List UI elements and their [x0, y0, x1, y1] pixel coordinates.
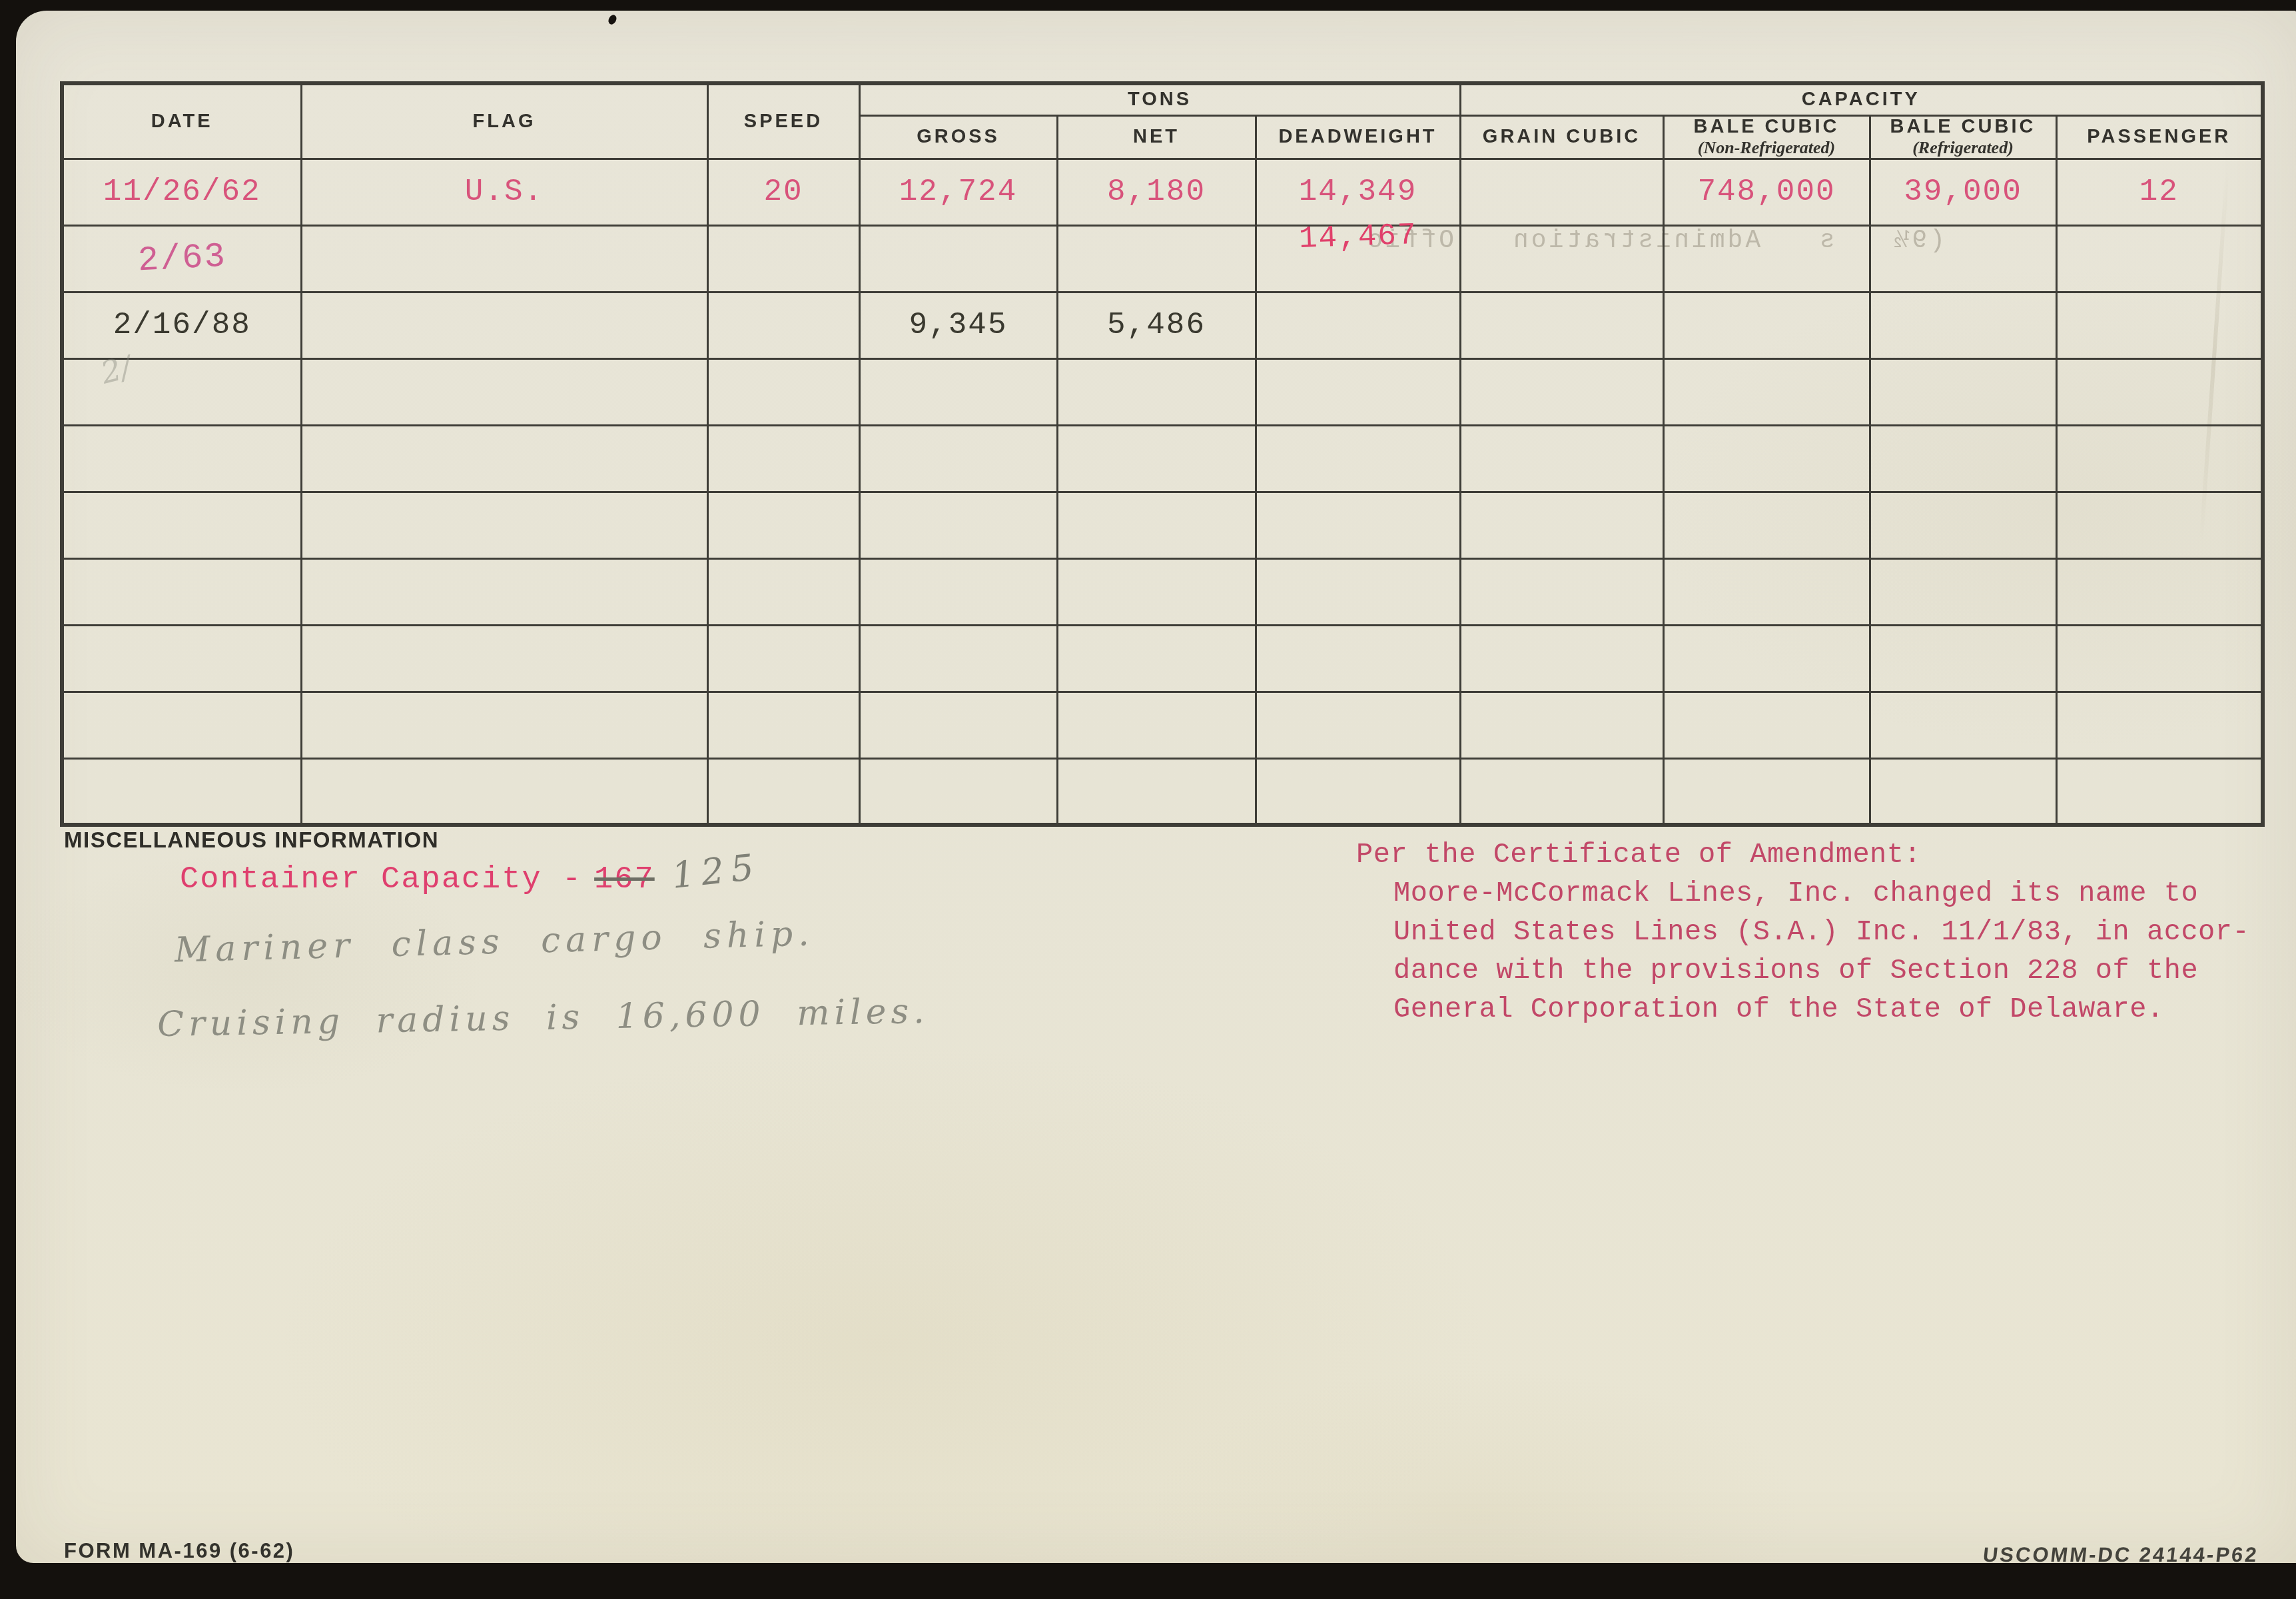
cell-deadweight: [1256, 692, 1460, 758]
cell-passenger: [2056, 692, 2263, 758]
cell-date: [62, 625, 301, 692]
cell-net: [1057, 692, 1256, 758]
cell-flag: [301, 625, 707, 692]
amendment-line-1: Per the Certificate of Amendment:: [1356, 835, 2249, 874]
cell-bale_ref: 39,000: [1870, 159, 2056, 225]
cell-deadweight: [1256, 558, 1460, 625]
cell-date: [62, 358, 301, 425]
form-number-footer: FORM MA-169 (6-62): [64, 1539, 294, 1563]
cell-flag: [301, 358, 707, 425]
cell-net: [1057, 558, 1256, 625]
cell-text: 14,467: [1298, 218, 1417, 257]
cell-flag: [301, 692, 707, 758]
cell-deadweight: 14,349: [1256, 159, 1460, 225]
table-row: [62, 358, 2263, 425]
cell-grain_cubic: [1460, 159, 1663, 225]
cell-flag: [301, 492, 707, 558]
cell-date: [62, 758, 301, 825]
cell-gross: [859, 692, 1057, 758]
cell-deadweight: [1256, 758, 1460, 825]
cell-flag: [301, 425, 707, 492]
cell-net: [1057, 358, 1256, 425]
cell-deadweight: [1256, 625, 1460, 692]
header-bale-nonref: BALE CUBIC (Non-Refrigerated): [1663, 115, 1870, 159]
cell-date: [62, 425, 301, 492]
cell-passenger: 12: [2056, 159, 2263, 225]
cell-text: 39,000: [1904, 175, 2022, 209]
cell-net: 5,486: [1057, 292, 1256, 358]
table-row: [62, 692, 2263, 758]
cell-passenger: [2056, 425, 2263, 492]
cell-text: 748,000: [1697, 175, 1835, 209]
cell-date: 2/16/88: [62, 292, 301, 358]
header-gross: GROSS: [859, 115, 1057, 159]
table-row: 2/16/889,3455,486: [62, 292, 2263, 358]
cell-deadweight: 14,467: [1256, 225, 1460, 292]
table-row: [62, 758, 2263, 825]
header-speed: SPEED: [707, 83, 859, 159]
header-bale-ref-line2: (Refrigerated): [1871, 139, 2056, 158]
cell-passenger: [2056, 625, 2263, 692]
cell-flag: [301, 292, 707, 358]
cell-date: [62, 492, 301, 558]
cell-bale_ref: [1870, 758, 2056, 825]
cell-grain_cubic: [1460, 225, 1663, 292]
cell-text: 12,724: [899, 175, 1018, 209]
cell-bale_ref: [1870, 425, 2056, 492]
cell-grain_cubic: [1460, 358, 1663, 425]
cell-gross: 12,724: [859, 159, 1057, 225]
cell-bale_ref: [1870, 558, 2056, 625]
cell-text: 2/63: [137, 237, 227, 281]
cell-net: [1057, 758, 1256, 825]
table-row: [62, 558, 2263, 625]
misc-information-label: MISCELLANEOUS INFORMATION: [64, 827, 439, 853]
header-capacity-group: CAPACITY: [1460, 83, 2263, 115]
cell-text: 11/26/62: [103, 175, 261, 209]
handwritten-note-mariner: Mariner class cargo ship.: [174, 913, 815, 970]
cell-speed: [707, 425, 859, 492]
cell-flag: [301, 758, 707, 825]
container-capacity-label: Container Capacity -: [180, 862, 582, 897]
cell-gross: [859, 758, 1057, 825]
cell-bale_ref: [1870, 358, 2056, 425]
cell-grain_cubic: [1460, 692, 1663, 758]
table-row: [62, 492, 2263, 558]
cell-net: [1057, 225, 1256, 292]
cell-text: 8,180: [1107, 175, 1206, 209]
table-row: 2/6314,467: [62, 225, 2263, 292]
cell-text: 9,345: [909, 308, 1007, 342]
cell-grain_cubic: [1460, 492, 1663, 558]
cell-bale_ref: [1870, 292, 2056, 358]
cell-gross: [859, 625, 1057, 692]
cell-speed: 20: [707, 159, 859, 225]
cell-bale_nonref: [1663, 425, 1870, 492]
cell-gross: [859, 492, 1057, 558]
table-header: DATE FLAG SPEED TONS CAPACITY GROSS NET …: [62, 83, 2263, 159]
cell-gross: [859, 558, 1057, 625]
ink-dot-artifact: [607, 13, 618, 25]
table-row: 11/26/62U.S.2012,7248,18014,349748,00039…: [62, 159, 2263, 225]
cell-net: [1057, 492, 1256, 558]
table-row: [62, 425, 2263, 492]
header-bale-nonref-line1: BALE CUBIC: [1665, 117, 1869, 138]
cell-bale_nonref: [1663, 558, 1870, 625]
container-capacity-line: Container Capacity -167125: [180, 854, 761, 897]
cell-deadweight: [1256, 492, 1460, 558]
cell-flag: [301, 558, 707, 625]
cell-speed: [707, 492, 859, 558]
cell-passenger: [2056, 558, 2263, 625]
cell-bale_nonref: [1663, 625, 1870, 692]
table-body: 11/26/62U.S.2012,7248,18014,349748,00039…: [62, 159, 2263, 825]
cell-bale_nonref: [1663, 758, 1870, 825]
cell-passenger: [2056, 225, 2263, 292]
cell-gross: [859, 225, 1057, 292]
ship-record-table: DATE FLAG SPEED TONS CAPACITY GROSS NET …: [60, 81, 2265, 827]
handwritten-note-cruising-radius: Cruising radius is 16,600 miles.: [157, 991, 930, 1045]
container-capacity-handwritten-value: 125: [669, 845, 762, 897]
cell-passenger: [2056, 292, 2263, 358]
cell-deadweight: [1256, 425, 1460, 492]
header-bale-ref: BALE CUBIC (Refrigerated): [1870, 115, 2056, 159]
cell-deadweight: [1256, 292, 1460, 358]
table-row: [62, 625, 2263, 692]
scanned-form-page: { "colors":{ "paper":"#e7e4d5", "line":"…: [0, 0, 2296, 1599]
amendment-line-2: Moore-McCormack Lines, Inc. changed its …: [1393, 874, 2249, 913]
cell-net: [1057, 625, 1256, 692]
amendment-line-3: United States Lines (S.A.) Inc. 11/1/83,…: [1393, 913, 2249, 951]
header-grain-cubic: GRAIN CUBIC: [1460, 115, 1663, 159]
cell-gross: [859, 425, 1057, 492]
cell-speed: [707, 292, 859, 358]
cell-gross: [859, 358, 1057, 425]
cell-passenger: [2056, 492, 2263, 558]
container-capacity-struck-value: 167: [594, 862, 655, 897]
cell-date: [62, 692, 301, 758]
cell-bale_nonref: [1663, 225, 1870, 292]
cell-grain_cubic: [1460, 425, 1663, 492]
cell-grain_cubic: [1460, 625, 1663, 692]
cell-net: 8,180: [1057, 159, 1256, 225]
amendment-line-4: dance with the provisions of Section 228…: [1393, 951, 2249, 990]
cell-bale_nonref: [1663, 292, 1870, 358]
cell-bale_ref: [1870, 225, 2056, 292]
cell-text: 14,349: [1299, 175, 1417, 209]
cell-bale_nonref: [1663, 692, 1870, 758]
cell-deadweight: [1256, 358, 1460, 425]
header-group-row: DATE FLAG SPEED TONS CAPACITY: [62, 83, 2263, 115]
cell-text: U.S.: [465, 175, 544, 209]
cell-grain_cubic: [1460, 292, 1663, 358]
cell-bale_nonref: 748,000: [1663, 159, 1870, 225]
header-deadweight: DEADWEIGHT: [1256, 115, 1460, 159]
cell-bale_ref: [1870, 492, 2056, 558]
cell-text: 20: [763, 175, 803, 209]
cell-bale_nonref: [1663, 358, 1870, 425]
cell-text: 5,486: [1107, 308, 1206, 342]
cell-bale_nonref: [1663, 492, 1870, 558]
amendment-line-5: General Corporation of the State of Dela…: [1393, 990, 2249, 1029]
cell-flag: U.S.: [301, 159, 707, 225]
header-flag: FLAG: [301, 83, 707, 159]
cell-speed: [707, 558, 859, 625]
cell-passenger: [2056, 358, 2263, 425]
uscomm-footer: USCOMM-DC 24144-P62: [1982, 1543, 2259, 1567]
header-bale-ref-line1: BALE CUBIC: [1871, 117, 2056, 138]
header-bale-nonref-line2: (Non-Refrigerated): [1665, 139, 1869, 158]
cell-flag: [301, 225, 707, 292]
cell-text: 2/16/88: [113, 308, 251, 342]
header-date: DATE: [62, 83, 301, 159]
header-tons-group: TONS: [859, 83, 1460, 115]
cell-gross: 9,345: [859, 292, 1057, 358]
cell-date: 11/26/62: [62, 159, 301, 225]
cell-grain_cubic: [1460, 558, 1663, 625]
cell-date: [62, 558, 301, 625]
cell-speed: [707, 692, 859, 758]
cell-date: 2/63: [62, 225, 301, 292]
amendment-note: Per the Certificate of Amendment: Moore-…: [1356, 835, 2249, 1029]
cell-grain_cubic: [1460, 758, 1663, 825]
header-passenger: PASSENGER: [2056, 115, 2263, 159]
cell-text: 12: [2139, 175, 2179, 209]
cell-bale_ref: [1870, 692, 2056, 758]
cell-speed: [707, 358, 859, 425]
header-net: NET: [1057, 115, 1256, 159]
cell-speed: [707, 625, 859, 692]
cell-speed: [707, 758, 859, 825]
paper-sheet: (9½ s Administration Offic DATE FLAG SPE…: [16, 11, 2296, 1563]
cell-net: [1057, 425, 1256, 492]
cell-passenger: [2056, 758, 2263, 825]
cell-speed: [707, 225, 859, 292]
cell-bale_ref: [1870, 625, 2056, 692]
